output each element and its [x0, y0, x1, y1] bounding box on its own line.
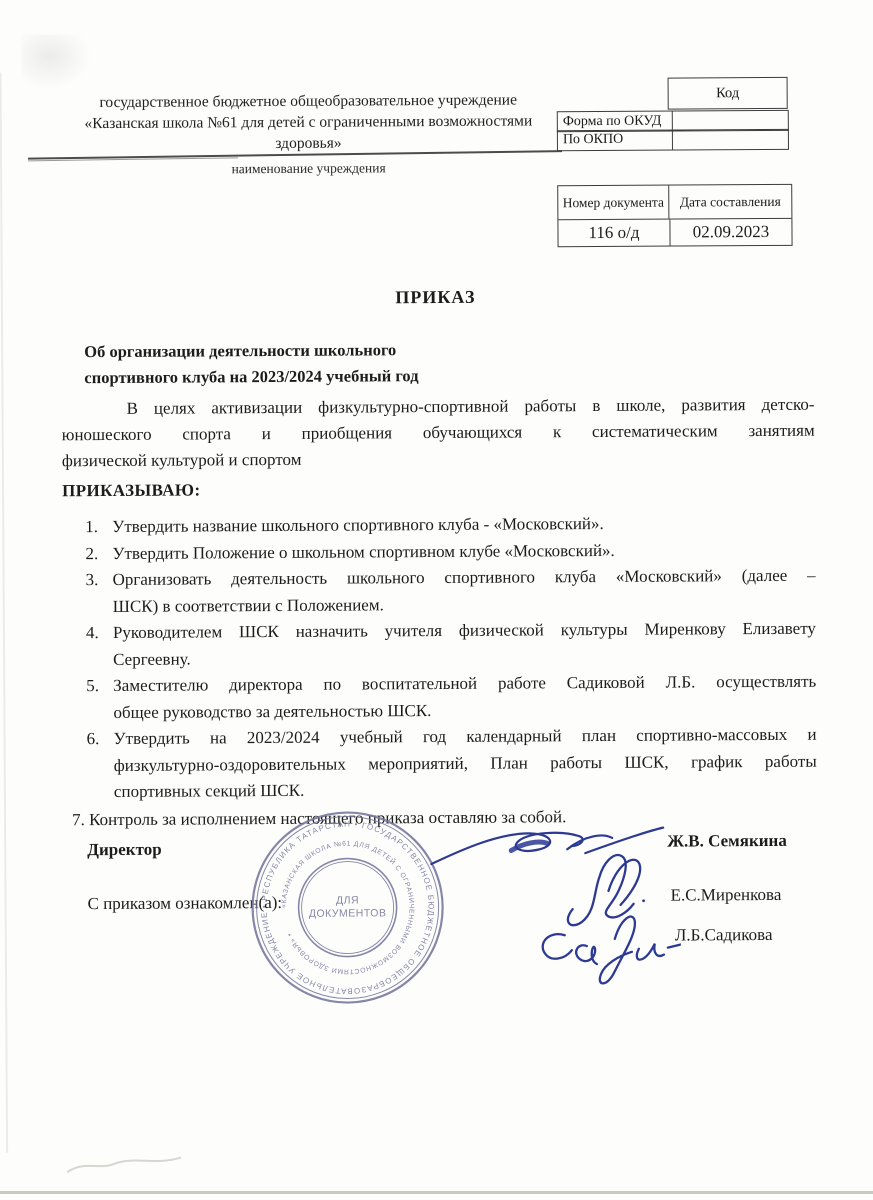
doc-date-value: 02.09.2023	[670, 219, 791, 246]
preamble-line3: физической культурой и спортом	[62, 444, 815, 475]
sadikova-signature	[531, 909, 681, 988]
preamble: В целях активизации физкультурно-спортив…	[61, 392, 814, 475]
okud-okpo-value	[672, 129, 788, 149]
scan-edge-left	[0, 73, 8, 1153]
doc-number-table: Номер документа Дата составления 116 о/д…	[557, 184, 792, 247]
item-2-number: 2.	[62, 540, 112, 567]
order-item-4: 4. Руководителем ШСК назначить учителя ф…	[63, 616, 816, 674]
item-3-number: 3.	[63, 567, 113, 620]
subject-line1: Об организации деятельности школьного	[84, 336, 564, 365]
ack-name-sadikova: Л.Б.Садикова	[675, 925, 773, 946]
item-5-number: 5.	[63, 673, 113, 726]
subject-line2: спортивного клуба на 2023/2024 учебный г…	[84, 362, 564, 391]
scan-smudge-topleft	[21, 34, 91, 89]
order-word: ПРИКАЗЫВАЮ:	[62, 480, 201, 501]
stamp-center-line1: ДЛЯ	[336, 894, 359, 906]
round-stamp: • РЕСПУБЛИКА ТАТАРСТАН • ГОСУДАРСТВЕННОЕ…	[247, 807, 448, 1008]
document-title: ПРИКАЗ	[0, 284, 872, 310]
item-4-number: 4.	[63, 620, 113, 673]
order-items: 1. Утвердить название школьного спортивн…	[62, 510, 817, 834]
order-item-5: 5. Заместителю директора по воспитательн…	[63, 669, 816, 727]
scanned-order-document: государственное бюджетное общеобразовате…	[0, 0, 873, 1200]
scan-edge-bottom	[0, 1191, 873, 1194]
org-name: государственное бюджетное общеобразовате…	[56, 89, 561, 155]
org-name-line2: «Казанская школа №61 для детей с огранич…	[56, 110, 561, 134]
director-label: Директор	[87, 840, 161, 860]
preamble-line2: юношеского спорта и приобщения обучающих…	[62, 418, 815, 449]
director-name: Ж.В. Семякина	[667, 831, 787, 852]
okud-row-okpo: По ОКПО	[557, 128, 789, 150]
okud-okpo-label: По ОКПО	[558, 130, 672, 150]
scan-pencil-squiggle	[59, 1142, 189, 1188]
item-1-number: 1.	[62, 514, 112, 541]
doc-number-header: Номер документа	[558, 186, 669, 220]
order-item-3: 3. Организовать деятельность школьного с…	[63, 563, 816, 621]
org-caption: наименование учреждения	[56, 159, 561, 178]
ack-name-mirenkova: Е.С.Миренкова	[670, 885, 781, 906]
order-subject: Об организации деятельности школьного сп…	[84, 336, 564, 391]
okud-code-header-cell: Код	[668, 77, 788, 110]
doc-number-value: 116 о/д	[558, 220, 670, 247]
order-item-6: 6. Утвердить на 2023/2024 учебный год ка…	[63, 722, 816, 806]
doc-date-header: Дата составления	[669, 185, 791, 219]
mirenkova-signature	[550, 849, 651, 938]
stamp-center-line2: ДОКУМЕНТОВ	[309, 907, 387, 919]
item-6-number: 6.	[63, 726, 113, 806]
